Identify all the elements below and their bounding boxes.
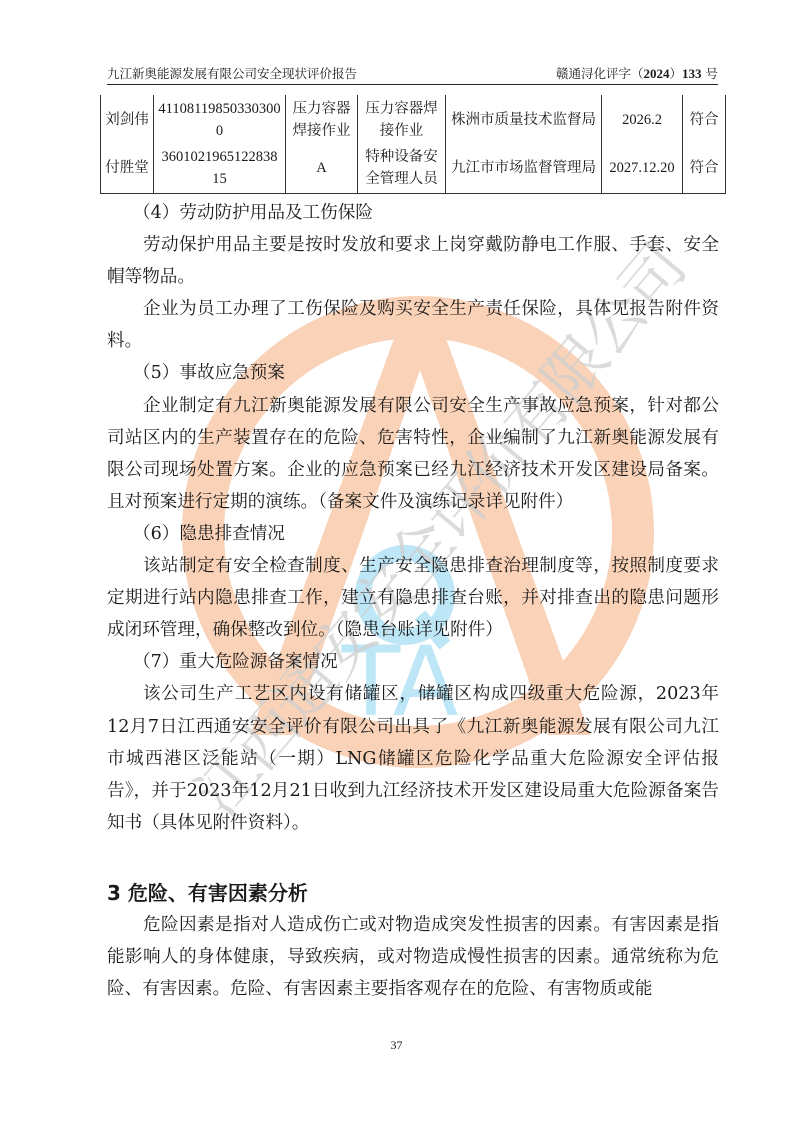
table-row: 刘剑伟 411081198503303000 压力容器焊接作业 压力容器焊接作业…: [101, 95, 726, 144]
section-heading-6: （6）隐患排查情况: [107, 518, 719, 550]
page-number: 37: [0, 1038, 793, 1053]
cell-issuer: 九江市市场监督管理局: [446, 144, 602, 193]
paragraph: 企业制定有九江新奥能源发展有限公司安全生产事故应急预案，针对都公司站区内的生产装…: [107, 390, 719, 518]
table-row: 付胜堂 360102196512283815 A 特种设备安全管理人员 九江市市…: [101, 144, 726, 193]
cell-id-number: 360102196512283815: [154, 144, 286, 193]
section-heading-4: （4）劳动防护用品及工伤保险: [107, 197, 719, 229]
document-number: 赣通浔化评字（2024）133 号: [556, 64, 718, 84]
cell-id-number: 411081198503303000: [154, 95, 286, 144]
paragraph: 企业为员工办理了工伤保险及购买安全生产责任保险，具体见报告附件资料。: [107, 293, 719, 357]
page-header: 九江新奥能源发展有限公司安全现状评价报告 赣通浔化评字（2024）133 号: [107, 64, 718, 85]
paragraph: 危险因素是指对人造成伤亡或对物造成突发性损害的因素。有害因素是指能影响人的身体健…: [107, 909, 719, 1005]
cell-result: 符合: [683, 95, 726, 144]
cell-valid-until: 2026.2: [602, 95, 683, 144]
cell-project: 压力容器焊接作业: [358, 95, 446, 144]
cell-issuer: 株洲市质量技术监督局: [446, 95, 602, 144]
section-heading-7: （7）重大危险源备案情况: [107, 646, 719, 678]
paragraph: 该站制定有安全检查制度、生产安全隐患排查治理制度等，按照制度要求定期进行站内隐患…: [107, 550, 719, 646]
cell-valid-until: 2027.12.20: [602, 144, 683, 193]
personnel-certificate-table: 刘剑伟 411081198503303000 压力容器焊接作业 压力容器焊接作业…: [100, 95, 726, 194]
cell-job-type: 压力容器焊接作业: [286, 95, 358, 144]
section-heading-5: （5）事故应急预案: [107, 357, 719, 389]
paragraph: 劳动保护用品主要是按时发放和要求上岗穿戴防静电工作服、手套、安全帽等物品。: [107, 229, 719, 293]
cell-job-type: A: [286, 144, 358, 193]
cell-project: 特种设备安全管理人员: [358, 144, 446, 193]
cell-name: 刘剑伟: [101, 95, 154, 144]
paragraph: 该公司生产工艺区内设有储罐区，储罐区构成四级重大危险源，2023年12月7日江西…: [107, 678, 719, 838]
report-title: 九江新奥能源发展有限公司安全现状评价报告: [107, 64, 357, 84]
document-body: （4）劳动防护用品及工伤保险 劳动保护用品主要是按时发放和要求上岗穿戴防静电工作…: [107, 197, 719, 1005]
cell-name: 付胜堂: [101, 144, 154, 193]
chapter-heading-3: 3 危险、有害因素分析: [107, 877, 719, 909]
cell-result: 符合: [683, 144, 726, 193]
document-page: 九江新奥能源发展有限公司安全现状评价报告 赣通浔化评字（2024）133 号 刘…: [0, 0, 793, 1122]
